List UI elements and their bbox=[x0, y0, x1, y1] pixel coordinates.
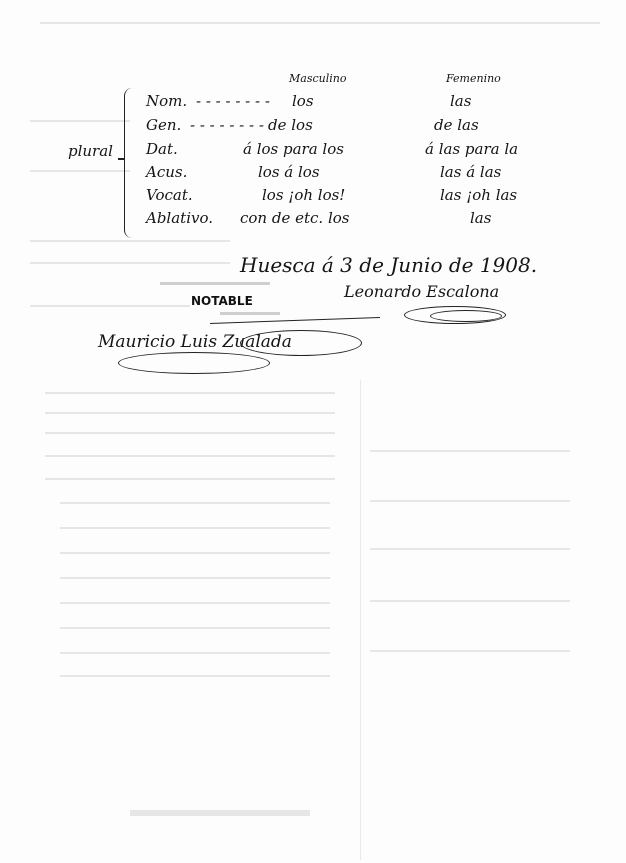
case-label: Gen. bbox=[146, 116, 181, 134]
signature-flourish bbox=[430, 310, 502, 322]
masc-form: de los bbox=[268, 116, 313, 134]
case-label: Acus. bbox=[146, 163, 187, 181]
signature-flourish bbox=[118, 352, 270, 374]
fem-form: las bbox=[470, 209, 491, 227]
case-label: Dat. bbox=[146, 140, 178, 158]
page-fold-line bbox=[360, 380, 361, 860]
brace bbox=[124, 88, 135, 238]
signature-flourish bbox=[240, 330, 362, 356]
case-label: Nom. bbox=[146, 92, 187, 110]
dots: - - - - - - - - bbox=[196, 92, 270, 110]
signature-stroke bbox=[210, 317, 380, 324]
fem-form: de las bbox=[434, 116, 479, 134]
dots: - - - - - - - - bbox=[190, 116, 264, 134]
stamp-smudge bbox=[160, 282, 270, 285]
header-feminine: Femenino bbox=[446, 72, 501, 85]
masc-form: los ¡oh los! bbox=[262, 186, 345, 204]
masc-form: con de etc. los bbox=[240, 209, 349, 227]
scanned-page: Masculino Femenino plural Nom. - - - - -… bbox=[0, 0, 626, 863]
masc-form: los á los bbox=[258, 163, 320, 181]
stamp-notable: NOTABLE bbox=[191, 294, 253, 308]
group-label: plural bbox=[68, 142, 113, 160]
fem-form: á las para la bbox=[425, 140, 518, 158]
fem-form: las á las bbox=[440, 163, 501, 181]
signature-right: Leonardo Escalona bbox=[344, 282, 499, 301]
fem-form: las ¡oh las bbox=[440, 186, 517, 204]
case-label: Ablativo. bbox=[146, 209, 213, 227]
header-masculine: Masculino bbox=[289, 72, 346, 85]
fem-form: las bbox=[450, 92, 471, 110]
masc-form: los bbox=[292, 92, 314, 110]
stamp-smudge bbox=[220, 312, 280, 315]
case-label: Vocat. bbox=[146, 186, 193, 204]
date-line: Huesca á 3 de Junio de 1908. bbox=[240, 253, 537, 277]
masc-form: á los para los bbox=[243, 140, 344, 158]
